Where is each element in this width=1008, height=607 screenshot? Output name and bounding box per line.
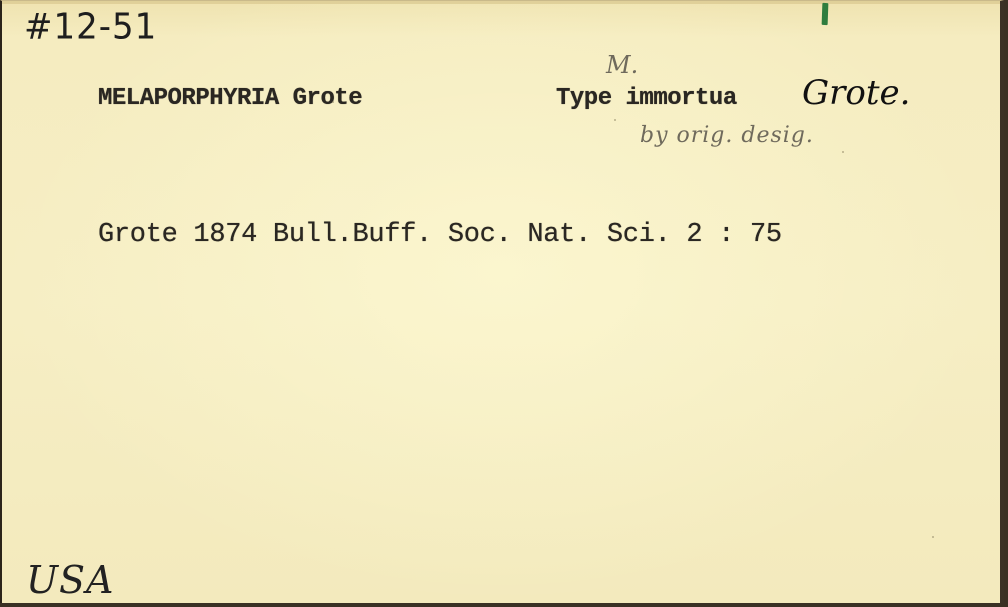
bibliographic-reference: Grote 1874 Bull.Buff. Soc. Nat. Sci. 2 :… [98, 220, 782, 250]
paper-speck [614, 119, 616, 121]
index-card: #12-51 MELAPORPHYRIA Grote M. Type immor… [0, 0, 1004, 603]
region-annotation: USA [26, 558, 115, 602]
genus-abbreviation-annotation: M. [606, 51, 638, 79]
type-species-author-annotation: Grote. [802, 73, 910, 113]
green-tab-mark [822, 3, 829, 25]
paper-speck [842, 151, 844, 153]
paper-speck [932, 536, 934, 538]
designation-note-annotation: by orig. desig. [640, 123, 814, 148]
paper-speck [332, 101, 334, 103]
type-species: Type immortua [556, 85, 737, 112]
card-number: #12-51 [24, 6, 157, 48]
genus-name: MELAPORPHYRIA Grote [98, 85, 362, 112]
